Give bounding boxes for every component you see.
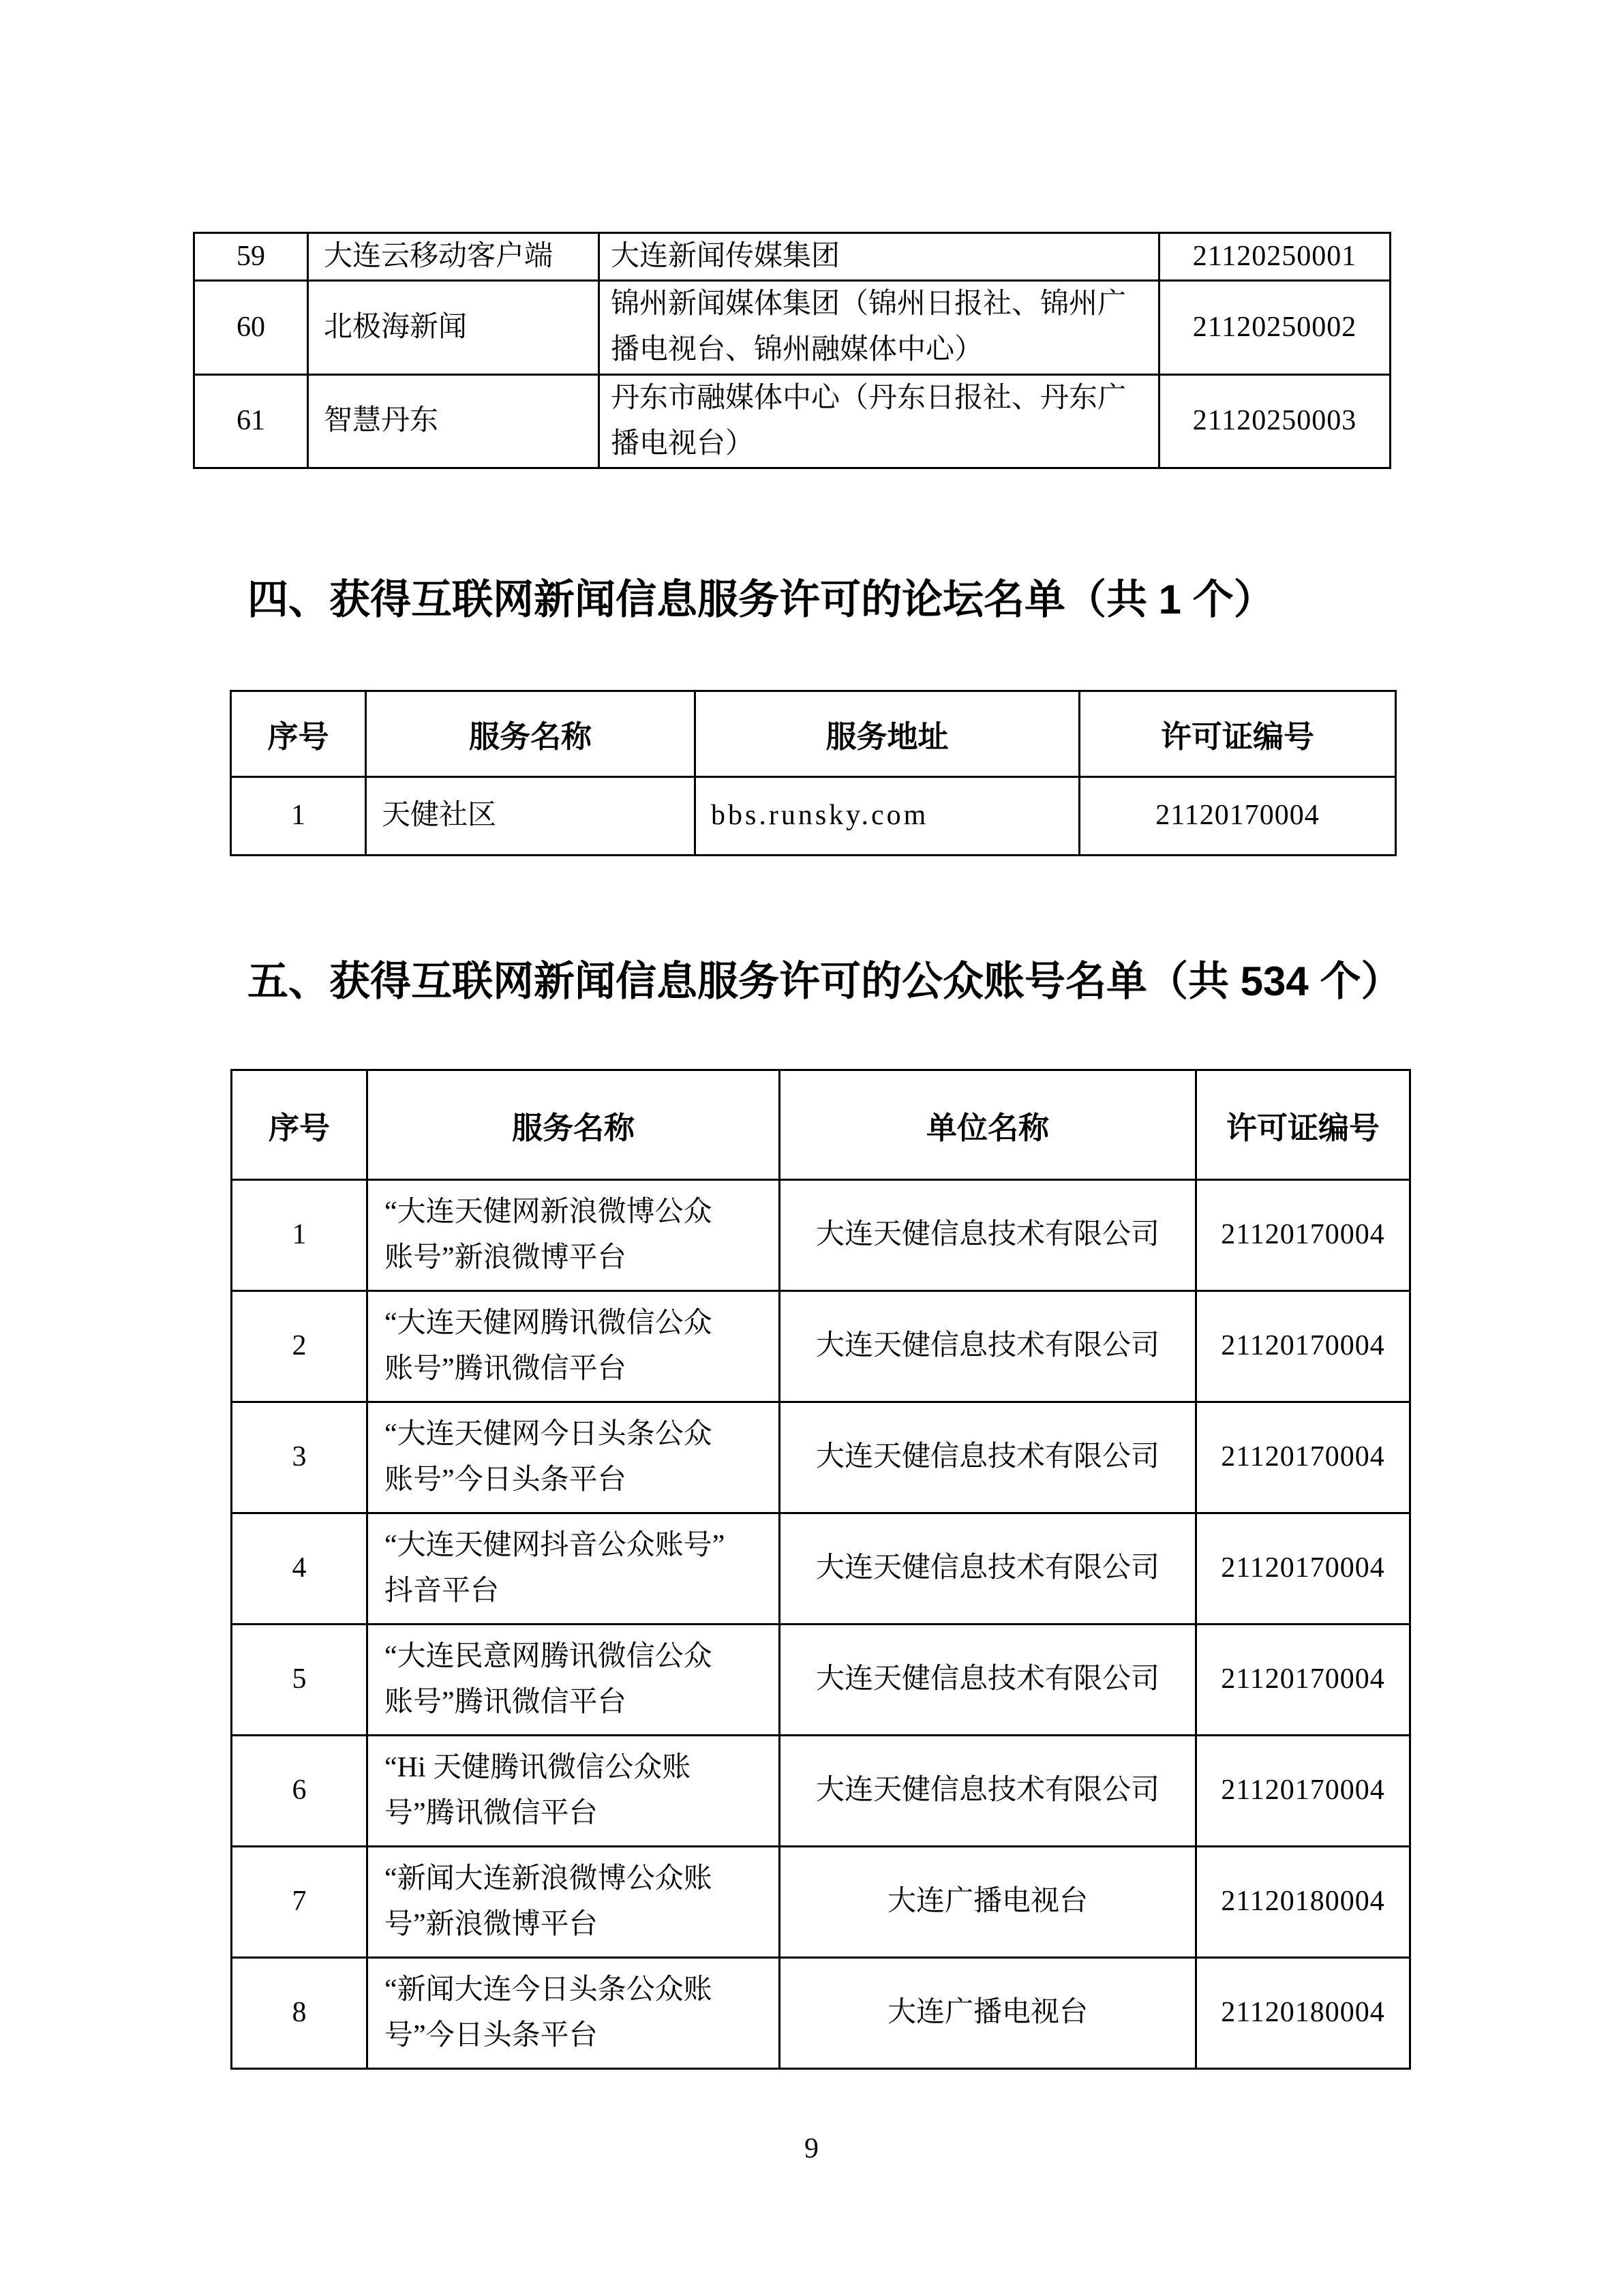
org-cell: 锦州新闻媒体集团（锦州日报社、锦州广 播电视台、锦州融媒体中心）	[599, 281, 1159, 374]
license-cell: 21120250003	[1159, 374, 1391, 468]
table-row: 7“新闻大连新浪微博公众账 号”新浪微博平台大连广播电视台21120180004	[232, 1847, 1410, 1958]
table-row: 60北极海新闻锦州新闻媒体集团（锦州日报社、锦州广 播电视台、锦州融媒体中心）2…	[194, 281, 1391, 374]
serial-cell: 2	[232, 1291, 367, 1402]
license-cell: 21120180004	[1196, 1958, 1410, 2069]
name-cell: 天健社区	[366, 777, 695, 856]
table-header-row: 序号 服务名称 单位名称 许可证编号	[232, 1070, 1410, 1180]
forum-table-header: 序号 服务名称 服务地址 许可证编号	[231, 691, 1396, 777]
org-name-column-header: 单位名称	[780, 1070, 1196, 1180]
org-cell: 大连天健信息技术有限公司	[780, 1625, 1196, 1736]
license-cell: 21120170004	[1080, 777, 1396, 856]
license-cell: 21120170004	[1196, 1513, 1410, 1625]
name-cell: “大连天健网新浪微博公众 账号”新浪微博平台	[367, 1180, 780, 1291]
org-cell: 大连天健信息技术有限公司	[780, 1402, 1196, 1513]
name-cell: “大连天健网今日头条公众 账号”今日头条平台	[367, 1402, 780, 1513]
name-cell: “Hi 天健腾讯微信公众账 号”腾讯微信平台	[367, 1736, 780, 1847]
service-name-column-header: 服务名称	[367, 1070, 780, 1180]
service-url-column-header: 服务地址	[695, 691, 1080, 777]
forum-table-body: 1天健社区bbs.runsky.com21120170004	[231, 777, 1396, 856]
forum-license-table: 序号 服务名称 服务地址 许可证编号 1天健社区bbs.runsky.com21…	[230, 690, 1397, 856]
org-cell: 丹东市融媒体中心（丹东日报社、丹东广 播电视台）	[599, 374, 1159, 468]
name-cell: “新闻大连今日头条公众账 号”今日头条平台	[367, 1958, 780, 2069]
org-cell: 大连广播电视台	[780, 1847, 1196, 1958]
serial-cell: 6	[232, 1736, 367, 1847]
serial-cell: 5	[232, 1625, 367, 1736]
serial-cell: 8	[232, 1958, 367, 2069]
table-row: 59大连云移动客户端大连新闻传媒集团21120250001	[194, 233, 1391, 281]
table-header-row: 序号 服务名称 服务地址 许可证编号	[231, 691, 1396, 777]
name-cell: 智慧丹东	[308, 374, 599, 468]
name-cell: “大连天健网抖音公众账号” 抖音平台	[367, 1513, 780, 1625]
license-cell: 21120170004	[1196, 1625, 1410, 1736]
org-cell: 大连天健信息技术有限公司	[780, 1736, 1196, 1847]
serial-cell: 60	[194, 281, 308, 374]
public-account-license-table: 序号 服务名称 单位名称 许可证编号 1“大连天健网新浪微博公众 账号”新浪微博…	[230, 1069, 1411, 2070]
name-cell: “新闻大连新浪微博公众账 号”新浪微博平台	[367, 1847, 780, 1958]
table-row: 6“Hi 天健腾讯微信公众账 号”腾讯微信平台大连天健信息技术有限公司21120…	[232, 1736, 1410, 1847]
section-forum-heading: 四、获得互联网新闻信息服务许可的论坛名单（共 1 个）	[247, 577, 1275, 622]
serial-cell: 1	[232, 1180, 367, 1291]
app-license-table-continued: 59大连云移动客户端大连新闻传媒集团2112025000160北极海新闻锦州新闻…	[193, 232, 1391, 469]
serial-cell: 1	[231, 777, 366, 856]
license-cell: 21120170004	[1196, 1736, 1410, 1847]
license-cell: 21120170004	[1196, 1180, 1410, 1291]
serial-column-header: 序号	[231, 691, 366, 777]
url-cell: bbs.runsky.com	[695, 777, 1080, 856]
license-column-header: 许可证编号	[1196, 1070, 1410, 1180]
table-row: 3“大连天健网今日头条公众 账号”今日头条平台大连天健信息技术有限公司21120…	[232, 1402, 1410, 1513]
app-license-table-body: 59大连云移动客户端大连新闻传媒集团2112025000160北极海新闻锦州新闻…	[194, 233, 1391, 468]
serial-cell: 61	[194, 374, 308, 468]
table-row: 8“新闻大连今日头条公众账 号”今日头条平台大连广播电视台21120180004	[232, 1958, 1410, 2069]
license-cell: 21120250002	[1159, 281, 1391, 374]
license-cell: 21120180004	[1196, 1847, 1410, 1958]
org-cell: 大连天健信息技术有限公司	[780, 1513, 1196, 1625]
table-row: 2“大连天健网腾讯微信公众 账号”腾讯微信平台大连天健信息技术有限公司21120…	[232, 1291, 1410, 1402]
service-name-column-header: 服务名称	[366, 691, 695, 777]
serial-cell: 4	[232, 1513, 367, 1625]
org-cell: 大连新闻传媒集团	[599, 233, 1159, 281]
serial-cell: 3	[232, 1402, 367, 1513]
serial-cell: 7	[232, 1847, 367, 1958]
table-row: 4“大连天健网抖音公众账号” 抖音平台大连天健信息技术有限公司211201700…	[232, 1513, 1410, 1625]
serial-cell: 59	[194, 233, 308, 281]
page-number: 9	[0, 2132, 1623, 2165]
accounts-table-header: 序号 服务名称 单位名称 许可证编号	[232, 1070, 1410, 1180]
section-accounts-heading: 五、获得互联网新闻信息服务许可的公众账号名单（共 534 个）	[247, 959, 1401, 1004]
name-cell: 大连云移动客户端	[308, 233, 599, 281]
org-cell: 大连天健信息技术有限公司	[780, 1180, 1196, 1291]
name-cell: 北极海新闻	[308, 281, 599, 374]
table-row: 1“大连天健网新浪微博公众 账号”新浪微博平台大连天健信息技术有限公司21120…	[232, 1180, 1410, 1291]
table-row: 61智慧丹东丹东市融媒体中心（丹东日报社、丹东广 播电视台）2112025000…	[194, 374, 1391, 468]
license-cell: 21120250001	[1159, 233, 1391, 281]
license-column-header: 许可证编号	[1080, 691, 1396, 777]
accounts-table-body: 1“大连天健网新浪微博公众 账号”新浪微博平台大连天健信息技术有限公司21120…	[232, 1180, 1410, 2069]
serial-column-header: 序号	[232, 1070, 367, 1180]
table-row: 1天健社区bbs.runsky.com21120170004	[231, 777, 1396, 856]
org-cell: 大连天健信息技术有限公司	[780, 1291, 1196, 1402]
document-page: { "page": { "number": "9" }, "continued_…	[0, 0, 1623, 2296]
name-cell: “大连民意网腾讯微信公众 账号”腾讯微信平台	[367, 1625, 780, 1736]
table-row: 5“大连民意网腾讯微信公众 账号”腾讯微信平台大连天健信息技术有限公司21120…	[232, 1625, 1410, 1736]
license-cell: 21120170004	[1196, 1402, 1410, 1513]
license-cell: 21120170004	[1196, 1291, 1410, 1402]
name-cell: “大连天健网腾讯微信公众 账号”腾讯微信平台	[367, 1291, 780, 1402]
org-cell: 大连广播电视台	[780, 1958, 1196, 2069]
